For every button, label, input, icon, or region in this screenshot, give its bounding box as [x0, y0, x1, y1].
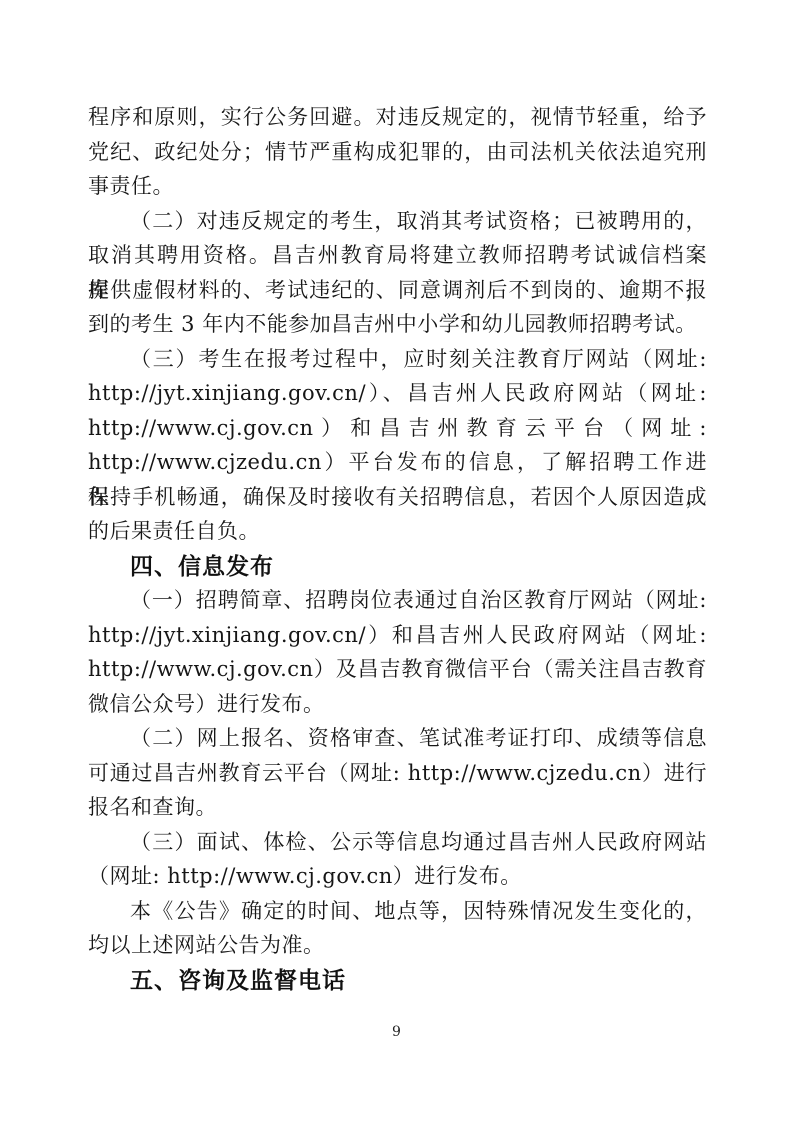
paragraph: 程序和原则，实行公务回避。对违反规定的，视情节轻重，给予党纪、政纪处分；情节严重…: [88, 100, 707, 204]
text-line: 四、信息发布: [88, 549, 707, 584]
document-page: 程序和原则，实行公务回避。对违反规定的，视情节轻重，给予党纪、政纪处分；情节严重…: [0, 0, 793, 1122]
text-line: （二）网上报名、资格审查、笔试准考证打印、成绩等信息: [88, 721, 707, 756]
text-line: http://jyt.xinjiang.gov.cn/）、昌吉州人民政府网站（网…: [88, 376, 707, 411]
paragraph: 本《公告》确定的时间、地点等，因特殊情况发生变化的，均以上述网站公告为准。: [88, 894, 707, 963]
text-line: 取消其聘用资格。昌吉州教育局将建立教师招聘考试诚信档案库，: [88, 238, 707, 273]
paragraph: （二）网上报名、资格审查、笔试准考证打印、成绩等信息可通过昌吉州教育云平台（网址…: [88, 721, 707, 825]
section-heading: 五、咨询及监督电话: [88, 963, 707, 998]
text-line: 事责任。: [88, 169, 707, 204]
text-line: http://www.cj.gov.cn）和昌吉州教育云平台（网址:: [88, 411, 707, 446]
text-line: （二）对违反规定的考生，取消其考试资格；已被聘用的，: [88, 204, 707, 239]
text-line: 可通过昌吉州教育云平台（网址: http://www.cjzedu.cn）进行: [88, 756, 707, 791]
text-line: 本《公告》确定的时间、地点等，因特殊情况发生变化的，: [88, 894, 707, 929]
text-line: 党纪、政纪处分；情节严重构成犯罪的，由司法机关依法追究刑: [88, 135, 707, 170]
paragraph: （二）对违反规定的考生，取消其考试资格；已被聘用的，取消其聘用资格。昌吉州教育局…: [88, 204, 707, 342]
paragraph: （一）招聘简章、招聘岗位表通过自治区教育厅网站（网址:http://jyt.xi…: [88, 583, 707, 721]
section-heading: 四、信息发布: [88, 549, 707, 584]
text-line: http://www.cjzedu.cn）平台发布的信息，了解招聘工作进程，: [88, 445, 707, 480]
paragraph: （三）考生在报考过程中，应时刻关注教育厅网站（网址:http://jyt.xin…: [88, 342, 707, 549]
text-line: 微信公众号）进行发布。: [88, 687, 707, 722]
text-line: 报名和查询。: [88, 790, 707, 825]
text-line: 的后果责任自负。: [88, 514, 707, 549]
page-number: 9: [0, 1024, 793, 1040]
text-line: 均以上述网站公告为准。: [88, 928, 707, 963]
text-line: 五、咨询及监督电话: [88, 963, 707, 998]
text-line: （三）面试、体检、公示等信息均通过昌吉州人民政府网站: [88, 825, 707, 860]
text-line: http://jyt.xinjiang.gov.cn/）和昌吉州人民政府网站（网…: [88, 618, 707, 653]
text-line: http://www.cj.gov.cn）及昌吉教育微信平台（需关注昌吉教育: [88, 652, 707, 687]
text-line: 到的考生 3 年内不能参加昌吉州中小学和幼儿园教师招聘考试。: [88, 307, 707, 342]
text-line: （一）招聘简章、招聘岗位表通过自治区教育厅网站（网址:: [88, 583, 707, 618]
text-line: （网址: http://www.cj.gov.cn）进行发布。: [88, 859, 707, 894]
text-line: 提供虚假材料的、考试违纪的、同意调剂后不到岗的、逾期不报: [88, 273, 707, 308]
paragraph: （三）面试、体检、公示等信息均通过昌吉州人民政府网站（网址: http://ww…: [88, 825, 707, 894]
text-line: （三）考生在报考过程中，应时刻关注教育厅网站（网址:: [88, 342, 707, 377]
text-line: 程序和原则，实行公务回避。对违反规定的，视情节轻重，给予: [88, 100, 707, 135]
document-body: 程序和原则，实行公务回避。对违反规定的，视情节轻重，给予党纪、政纪处分；情节严重…: [88, 100, 707, 997]
text-line: 保持手机畅通，确保及时接收有关招聘信息，若因个人原因造成: [88, 480, 707, 515]
